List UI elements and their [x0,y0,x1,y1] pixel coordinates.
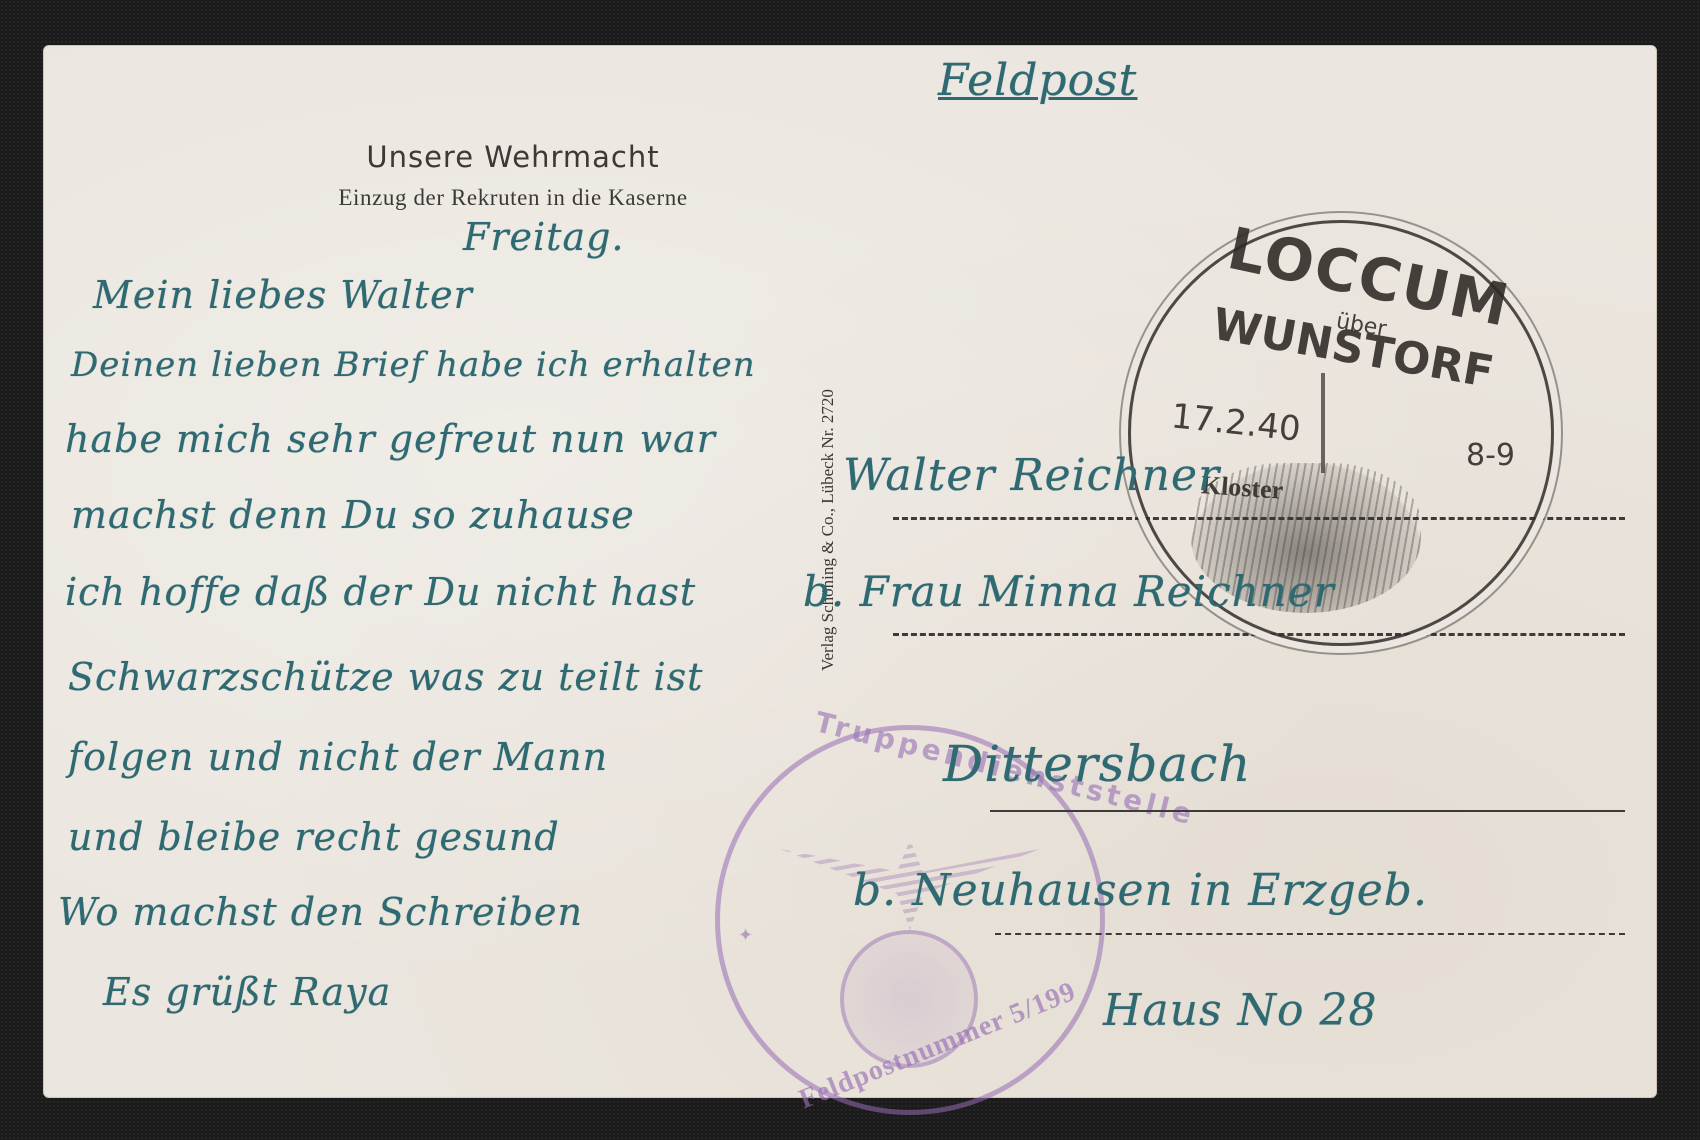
printed-subtitle: Einzug der Rekruten in die Kaserne [43,185,983,211]
address-rule-2 [893,633,1625,636]
address-line: b. Neuhausen in Erzgeb. [853,865,1428,916]
feldpost-mark: Feldpost [938,55,1137,106]
address-rule-3 [990,810,1625,812]
message-line: machst denn Du so zuhause [71,493,635,537]
message-line: Wo machst den Schreiben [58,890,583,934]
address-line: Dittersbach [943,735,1251,793]
postmark-date: 17.2.40 [1169,396,1302,449]
message-line: Schwarzschütze was zu teilt ist [68,655,703,699]
message-line: Deinen lieben Brief habe ich erhalten [71,345,756,385]
postcard: Unsere Wehrmacht Einzug der Rekruten in … [43,45,1657,1098]
seal-star-icon: ✦ [738,925,753,946]
postmark-church-spire-icon [1321,373,1325,473]
postmark-time: 8-9 [1466,438,1515,473]
message-day: Freitag. [463,215,625,259]
address-rule-4 [995,933,1625,935]
message-line: Mein liebes Walter [93,273,473,317]
message-signature: Es grüßt Raya [103,970,391,1014]
printed-title: Unsere Wehrmacht [43,140,983,174]
message-line: habe mich sehr gefreut nun war [65,417,716,461]
message-line: ich hoffe daß der Du nicht hast [65,570,696,614]
address-line: b. Frau Minna Reichner [803,567,1335,616]
message-line: folgen und nicht der Mann [68,735,608,779]
message-line: und bleibe recht gesund [68,815,560,859]
publisher-imprint: Verlag Schöning & Co., Lübeck Nr. 2720 [818,295,838,765]
address-line: Walter Reichner [843,450,1220,501]
address-line: Haus No 28 [1103,985,1377,1036]
